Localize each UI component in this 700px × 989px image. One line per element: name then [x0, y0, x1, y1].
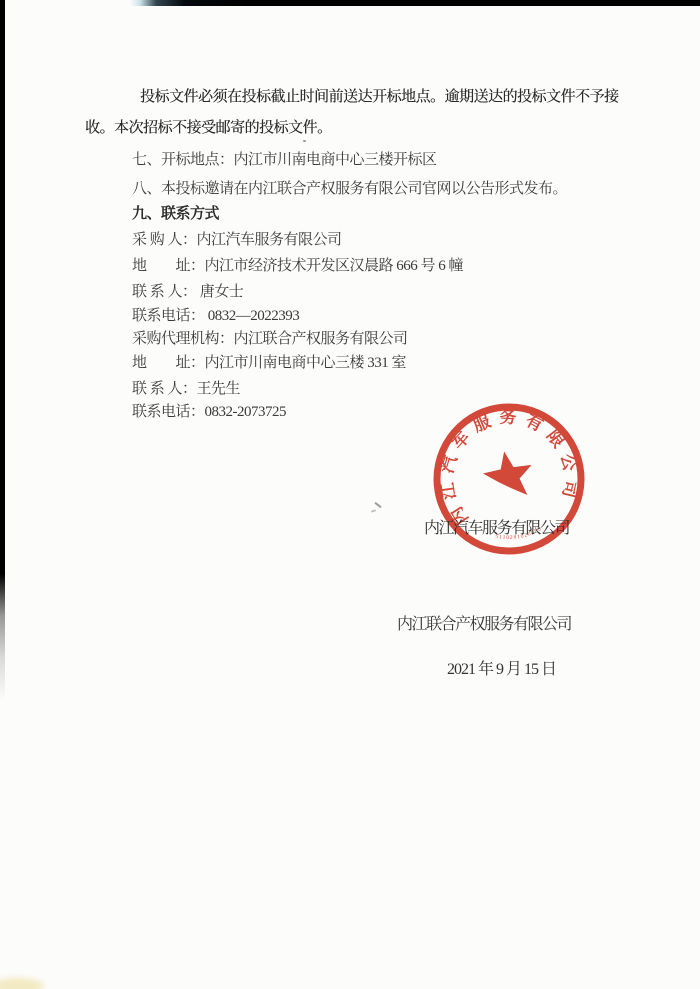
company-seal-stamp: 内江汽车服务有限公司 5110281020885: [424, 394, 594, 564]
agency-label: 采购代理机构：: [132, 331, 234, 347]
scan-artifact-top-bar: [130, 0, 700, 6]
agency-signature-name: 内江联合产权服务有限公司: [397, 611, 571, 634]
agency-phone-row: 联系电话：0832-2073725: [132, 400, 286, 421]
section-9-text: 联系方式: [161, 206, 219, 222]
section-7-bid-opening-location: 七、开标地点：内江市川南电商中心三楼开标区: [132, 148, 437, 169]
intro-paragraph-line-2: 收。本次招标不接受邮寄的投标文件。: [85, 116, 332, 137]
phone-value: 0832—2022393: [205, 308, 300, 324]
purchaser-contact-person-row: 联 系 人： 唐女士: [132, 280, 243, 301]
purchaser-row: 采 购 人：内江汽车服务有限公司: [132, 228, 342, 249]
ink-smudge: [374, 502, 382, 509]
section-7-number: 七、: [132, 152, 161, 168]
section-9-contact-heading: 九、联系方式: [132, 202, 219, 223]
scan-artifact-yellow-spot: [0, 978, 44, 989]
purchaser-signature-name: 内江汽车服务有限公司: [424, 515, 569, 538]
scan-artifact-left-strip: [0, 0, 5, 700]
agency-contact-person-row: 联 系 人：王先生: [132, 377, 240, 398]
agency-contact-person-value: 王先生: [197, 381, 241, 397]
document-date: 2021 年 9 月 15 日: [447, 656, 556, 679]
agency-row: 采购代理机构：内江联合产权服务有限公司: [132, 327, 408, 348]
purchaser-phone-row: 联系电话： 0832—2022393: [132, 304, 299, 325]
section-8-text: 本投标邀请在内江联合产权服务有限公司官网以公告形式发布。: [161, 181, 567, 197]
address-label: 地 址：: [132, 258, 205, 274]
phone-label: 联系电话：: [132, 308, 205, 324]
agency-phone-label: 联系电话：: [132, 404, 205, 420]
contact-person-value: 唐女士: [197, 284, 244, 300]
agency-phone-value: 0832-2073725: [205, 404, 287, 420]
section-7-text: 开标地点：内江市川南电商中心三楼开标区: [161, 152, 437, 168]
scan-speck: [303, 140, 306, 142]
agency-address-value: 内江市川南电商中心三楼 331 室: [205, 355, 407, 371]
address-value: 内江市经济技术开发区汉晨路 666 号 6 幢: [205, 258, 464, 274]
contact-person-label: 联 系 人：: [132, 284, 197, 300]
scanned-document-page: 投标文件必须在投标截止时间前送达开标地点。逾期送达的投标文件不予接 收。本次招标…: [0, 0, 700, 989]
section-8-number: 八、: [132, 181, 161, 197]
ink-smudge: [371, 509, 376, 512]
agency-address-row: 地 址：内江市川南电商中心三楼 331 室: [132, 351, 406, 372]
agency-value: 内江联合产权服务有限公司: [234, 331, 408, 347]
purchaser-label: 采 购 人：: [132, 232, 197, 248]
agency-address-label: 地 址：: [132, 355, 205, 371]
intro-paragraph-line-1: 投标文件必须在投标截止时间前送达开标地点。逾期送达的投标文件不予接: [140, 85, 619, 106]
agency-contact-person-label: 联 系 人：: [132, 381, 197, 397]
section-8-announcement: 八、本投标邀请在内江联合产权服务有限公司官网以公告形式发布。: [132, 177, 567, 198]
seal-star-icon: [480, 447, 537, 502]
purchaser-address-row: 地 址：内江市经济技术开发区汉晨路 666 号 6 幢: [132, 254, 463, 275]
purchaser-value: 内江汽车服务有限公司: [197, 232, 342, 248]
section-9-number: 九、: [132, 206, 161, 222]
